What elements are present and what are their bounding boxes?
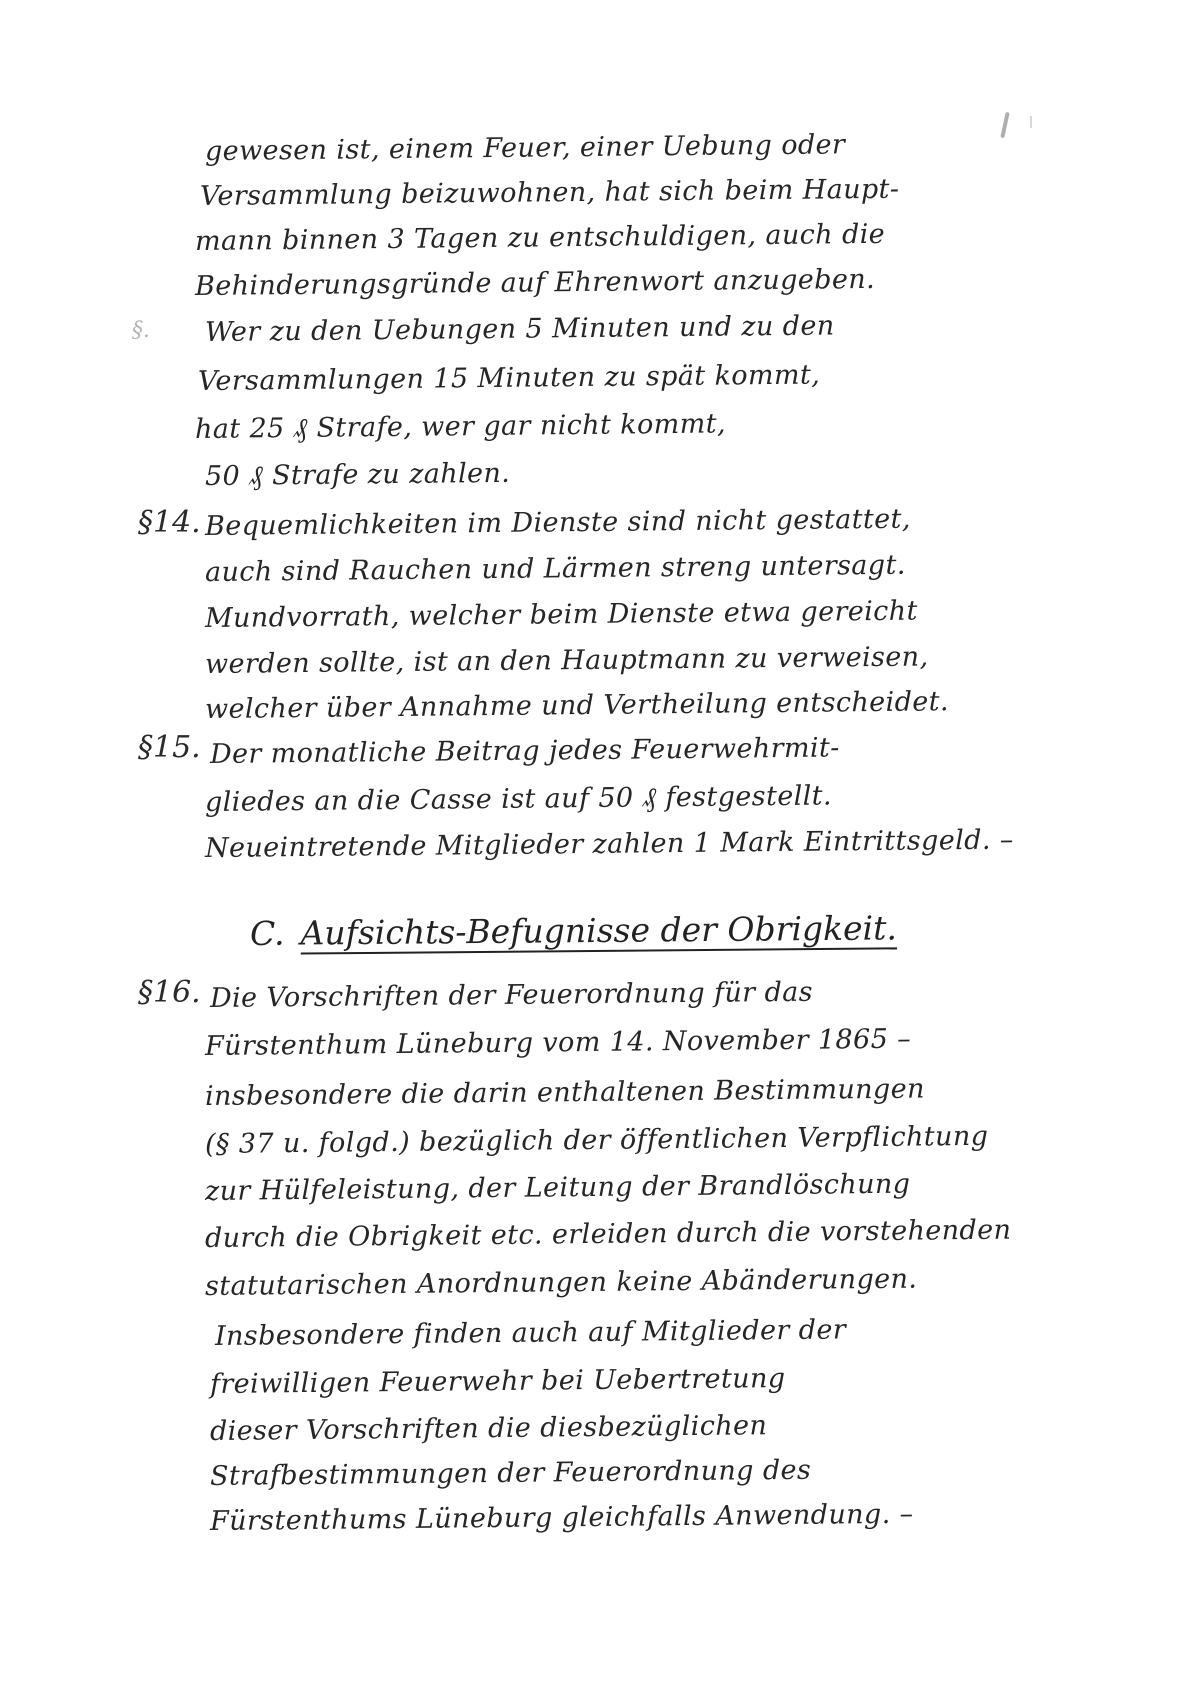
text-line: freiwilligen Feuerwehr bei Uebertretung [210, 1362, 786, 1402]
text-line: statutarischen Anordnungen keine Abänder… [205, 1263, 918, 1304]
text-line: (§ 37 u. folgd.) bezüglich der öffentlic… [205, 1120, 989, 1162]
text-line: 50 ₰ Strafe zu zahlen. [205, 457, 511, 494]
text-line: gewesen ist, einem Feuer, einer Uebung o… [205, 128, 846, 169]
heading-title: Aufsichts-Befugnisse der Obrigkeit. [300, 908, 897, 952]
text-line: Mundvorrath, welcher beim Dienste etwa g… [205, 595, 918, 636]
section-margin-mark: §. [132, 318, 150, 343]
text-line: hat 25 ₰ Strafe, wer gar nicht kommt, [195, 407, 726, 447]
text-line: insbesondere die darin enthaltenen Besti… [205, 1072, 925, 1114]
text-line: Strafbestimmungen der Feuerordnung des [210, 1454, 812, 1494]
ink-mark [1030, 116, 1032, 128]
text-line: welcher über Annahme und Vertheilung ent… [205, 685, 949, 727]
section-number: §16. [138, 975, 201, 1010]
manuscript-page: gewesen ist, einem Feuer, einer Uebung o… [0, 0, 1190, 1683]
text-line: mann binnen 3 Tagen zu entschuldigen, au… [195, 218, 885, 259]
section-number: §14. [138, 505, 201, 540]
text-line: Versammlung beizuwohnen, hat sich beim H… [200, 173, 900, 214]
text-line: dieser Vorschriften die diesbezüglichen [210, 1409, 768, 1449]
text-line: Die Vorschriften der Feuerordnung für da… [210, 976, 813, 1016]
text-line: Fürstenthums Lüneburg gleichfalls Anwend… [210, 1498, 914, 1539]
text-line: Wer zu den Uebungen 5 Minuten und zu den [205, 309, 835, 350]
text-line: Neueintretende Mitglieder zahlen 1 Mark … [205, 824, 1014, 866]
text-line: Behinderungsgründe auf Ehrenwort anzugeb… [195, 263, 875, 304]
ink-mark [1000, 112, 1009, 138]
section-number: §15. [138, 730, 201, 765]
heading-letter: C. [250, 914, 285, 953]
section-heading: C.Aufsichts-Befugnisse der Obrigkeit. [250, 908, 897, 953]
text-line: zur Hülfeleistung, der Leitung der Brand… [205, 1168, 911, 1209]
text-line: durch die Obrigkeit etc. erleiden durch … [205, 1214, 1012, 1256]
text-line: Insbesondere finden auch auf Mitglieder … [215, 1313, 846, 1354]
text-line: werden sollte, ist an den Hauptmann zu v… [205, 640, 929, 682]
text-line: Versammlungen 15 Minuten zu spät kommt, [198, 358, 821, 399]
text-line: Fürstenthum Lüneburg vom 14. November 18… [205, 1023, 911, 1064]
text-line: Bequemlichkeiten im Dienste sind nicht g… [205, 503, 911, 544]
text-line: Der monatliche Beitrag jedes Feuerwehrmi… [210, 731, 840, 772]
text-line: auch sind Rauchen und Lärmen streng unte… [205, 549, 906, 590]
text-line: gliedes an die Casse ist auf 50 ₰ festge… [205, 779, 832, 820]
